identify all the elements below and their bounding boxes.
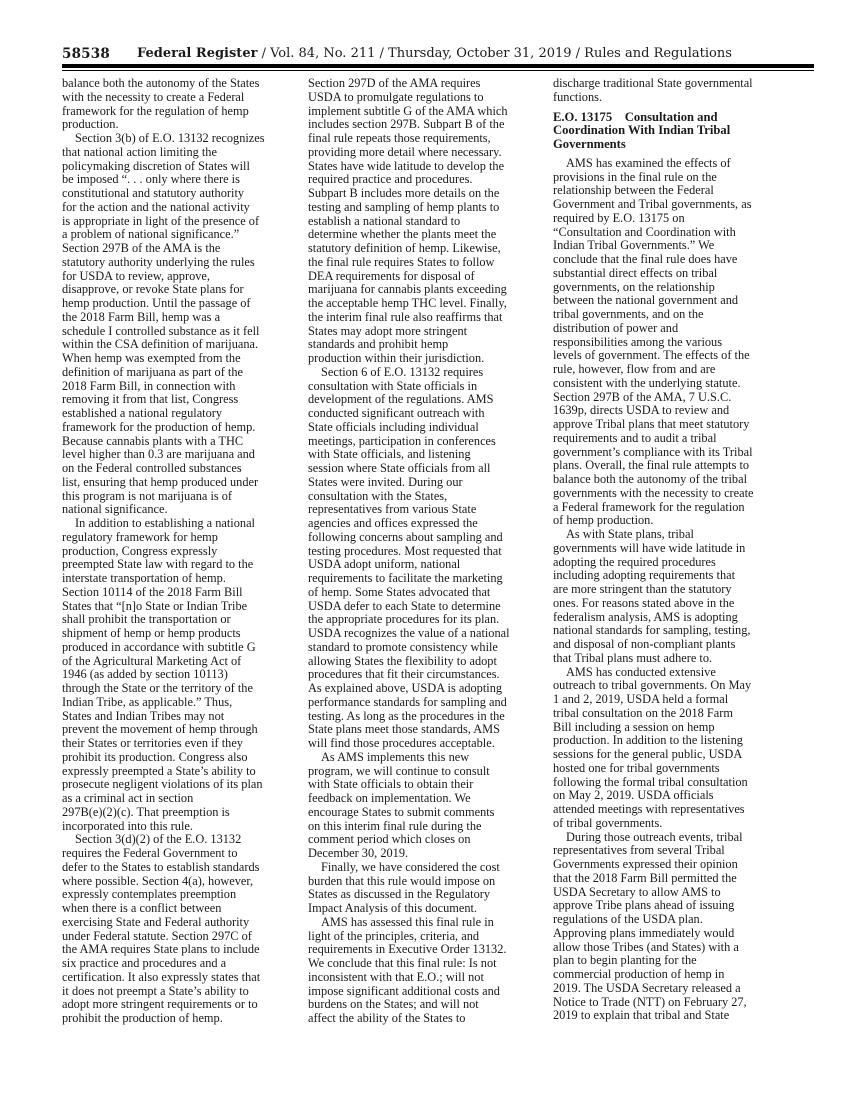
text-line: approve Tribe plans ahead of issuing bbox=[553, 899, 801, 913]
text-line: following the formal tribal consultation bbox=[553, 776, 801, 790]
text-line: establish a national standard to bbox=[308, 215, 546, 229]
text-line: sessions for the general public, USDA bbox=[553, 748, 801, 762]
text-line: session where State officials from all bbox=[308, 462, 546, 476]
heading-line: E.O. 13175 Consultation and bbox=[553, 111, 801, 125]
text-line: attended meetings with representatives bbox=[553, 803, 801, 817]
text-line: production. bbox=[62, 118, 300, 132]
text-line: ones. For reasons stated above in the bbox=[553, 597, 801, 611]
text-line: affect the ability of the States to bbox=[308, 1012, 546, 1026]
paragraph-start-line: As AMS implements this new bbox=[308, 751, 546, 765]
text-line: production, Congress expressly bbox=[62, 545, 300, 559]
text-line: of tribal governments. bbox=[553, 817, 801, 831]
text-line: approve Tribal plans that meet statutory bbox=[553, 418, 801, 432]
text-column-1: balance both the autonomy of the Statesw… bbox=[62, 77, 300, 1026]
text-line: requirements in Executive Order 13132. bbox=[308, 943, 546, 957]
text-line: the appropriate procedures for its plan. bbox=[308, 613, 546, 627]
text-line: conclude that the final rule does have bbox=[553, 253, 801, 267]
text-line: Impact Analysis of this document. bbox=[308, 902, 546, 916]
text-line: 297B(e)(2)(c). That preemption is bbox=[62, 806, 300, 820]
text-column-2: Section 297D of the AMA requiresUSDA to … bbox=[308, 77, 546, 1026]
text-line: that Tribal plans must adhere to. bbox=[553, 652, 801, 666]
text-line: definition of marijuana as part of the bbox=[62, 366, 300, 380]
text-line: requires the Federal Government to bbox=[62, 847, 300, 861]
text-line: through the State or the territory of th… bbox=[62, 682, 300, 696]
text-line: meetings, participation in conferences bbox=[308, 435, 546, 449]
text-line: hemp production. Until the passage of bbox=[62, 297, 300, 311]
text-line: will find those procedures acceptable. bbox=[308, 737, 546, 751]
page-number: 58538 bbox=[62, 46, 110, 62]
text-line: be imposed “. . . only where there is bbox=[62, 173, 300, 187]
text-line: feedback on implementation. We bbox=[308, 792, 546, 806]
text-line: States as discussed in the Regulatory bbox=[308, 888, 546, 902]
text-line: providing more detail where necessary. bbox=[308, 146, 546, 160]
text-line: removing it from that list, Congress bbox=[62, 393, 300, 407]
issue-info: / Vol. 84, No. 211 / Thursday, October 3… bbox=[257, 46, 731, 61]
text-line: allow those Tribes (and States) with a bbox=[553, 941, 801, 955]
text-line: USDA recognizes the value of a national bbox=[308, 627, 546, 641]
text-line: agencies and offices expressed the bbox=[308, 517, 546, 531]
text-line: Indian Tribal Governments.” We bbox=[553, 239, 801, 253]
text-line: marijuana for cannabis plants exceeding bbox=[308, 283, 546, 297]
text-line: established a national regulatory bbox=[62, 407, 300, 421]
text-line: balance both the autonomy of the States bbox=[62, 77, 300, 91]
text-line: of the Agricultural Marketing Act of bbox=[62, 655, 300, 669]
text-line: governments will have wide latitude in bbox=[553, 542, 801, 556]
text-line: substantial direct effects on tribal bbox=[553, 267, 801, 281]
header-rule-thin bbox=[62, 70, 814, 71]
text-line: shipment of hemp or hemp products bbox=[62, 627, 300, 641]
text-line: adopt more stringent requirements or to bbox=[62, 998, 300, 1012]
text-line: statutory authority underlying the rules bbox=[62, 256, 300, 270]
text-line: As explained above, USDA is adopting bbox=[308, 682, 546, 696]
heading-line: Governments bbox=[553, 138, 801, 152]
text-line: USDA to promulgate regulations to bbox=[308, 91, 546, 105]
text-line: produced in accordance with subtitle G bbox=[62, 641, 300, 655]
text-line: Government and Tribal governments, as bbox=[553, 198, 801, 212]
paragraph-start-line: As with State plans, tribal bbox=[553, 528, 801, 542]
text-line: impose significant additional costs and bbox=[308, 985, 546, 999]
text-line: requirements to facilitate the marketing bbox=[308, 572, 546, 586]
text-line: policymaking discretion of States will bbox=[62, 160, 300, 174]
text-line: prosecute negligent violations of its pl… bbox=[62, 778, 300, 792]
text-line: Section 297D of the AMA requires bbox=[308, 77, 546, 91]
text-line: that national action limiting the bbox=[62, 146, 300, 160]
text-line: consistent with the underlying statute. bbox=[553, 377, 801, 391]
text-line: production within their jurisdiction. bbox=[308, 352, 546, 366]
text-line: national significance. bbox=[62, 503, 300, 517]
text-line: regulatory framework for hemp bbox=[62, 531, 300, 545]
text-line: a Federal framework for the regulation bbox=[553, 501, 801, 515]
paragraph-start-line: Finally, we have considered the cost bbox=[308, 861, 546, 875]
text-line: provisions in the final rule on the bbox=[553, 171, 801, 185]
text-line: expressly contemplates preemption bbox=[62, 888, 300, 902]
text-line: it does not preempt a State’s ability to bbox=[62, 985, 300, 999]
text-line: tribal consultation on the 2018 Farm bbox=[553, 707, 801, 721]
text-line: certification. It also expressly states … bbox=[62, 971, 300, 985]
text-line: States and Indian Tribes may not bbox=[62, 710, 300, 724]
text-line: Notice to Trade (NTT) on February 27, bbox=[553, 996, 801, 1010]
text-line: under Federal statute. Section 297C of bbox=[62, 930, 300, 944]
text-line: required practice and procedures. bbox=[308, 173, 546, 187]
text-line: State officials including individual bbox=[308, 421, 546, 435]
text-column-3: discharge traditional State governmental… bbox=[553, 77, 801, 1023]
text-line: allowing States the flexibility to adopt bbox=[308, 655, 546, 669]
text-line: within the CSA definition of marijuana. bbox=[62, 338, 300, 352]
text-line: States that “[n]o State or Indian Tribe bbox=[62, 600, 300, 614]
text-line: outreach to tribal governments. On May bbox=[553, 679, 801, 693]
text-line: functions. bbox=[553, 91, 801, 105]
text-line: encourage States to submit comments bbox=[308, 806, 546, 820]
text-line: six practice and procedures and a bbox=[62, 957, 300, 971]
text-line: rule, however, flow from and are bbox=[553, 363, 801, 377]
text-line: standards and prohibit hemp bbox=[308, 338, 546, 352]
publication-title: Federal Register bbox=[137, 46, 257, 61]
text-line: the acceptable hemp THC level. Finally, bbox=[308, 297, 546, 311]
text-line: distribution of power and bbox=[553, 322, 801, 336]
text-line: of hemp. Some States advocated that bbox=[308, 586, 546, 600]
text-line: Section 297B of the AMA, 7 U.S.C. bbox=[553, 391, 801, 405]
text-line: testing procedures. Most requested that bbox=[308, 545, 546, 559]
text-line: 1946 (as added by section 10113) bbox=[62, 668, 300, 682]
text-line: 2019 to explain that tribal and State bbox=[553, 1009, 801, 1023]
text-line: discharge traditional State governmental bbox=[553, 77, 801, 91]
text-line: with State officials to obtain their bbox=[308, 778, 546, 792]
text-line: prohibit its production. Congress also bbox=[62, 751, 300, 765]
text-line: 1639p, directs USDA to review and bbox=[553, 404, 801, 418]
text-line: are more stringent than the statutory bbox=[553, 583, 801, 597]
text-line: adopting the required procedures bbox=[553, 556, 801, 570]
paragraph-start-line: Section 3(d)(2) of the E.O. 13132 bbox=[62, 833, 300, 847]
paragraph-start-line: Section 6 of E.O. 13132 requires bbox=[308, 366, 546, 380]
text-line: required by E.O. 13175 on bbox=[553, 212, 801, 226]
text-line: requirements and to audit a tribal bbox=[553, 432, 801, 446]
text-line: prevent the movement of hemp through bbox=[62, 723, 300, 737]
text-line: governments, on the relationship bbox=[553, 281, 801, 295]
text-line: of hemp production. bbox=[553, 514, 801, 528]
text-line: a problem of national significance.” bbox=[62, 228, 300, 242]
text-line: balance both the autonomy of the tribal bbox=[553, 473, 801, 487]
text-line: this program is not marijuana is of bbox=[62, 490, 300, 504]
text-line: testing. As long as the procedures in th… bbox=[308, 710, 546, 724]
text-line: government’s compliance with its Tribal bbox=[553, 446, 801, 460]
text-line: preempted State law with regard to the bbox=[62, 558, 300, 572]
text-line: consultation with State officials in bbox=[308, 380, 546, 394]
text-line: Bill including a session on hemp bbox=[553, 721, 801, 735]
text-line: DEA requirements for disposal of bbox=[308, 270, 546, 284]
text-line: statutory definition of hemp. Likewise, bbox=[308, 242, 546, 256]
text-line: production. In addition to the listening bbox=[553, 734, 801, 748]
text-line: Section 10114 of the 2018 Farm Bill bbox=[62, 586, 300, 600]
text-line: their States or territories even if they bbox=[62, 737, 300, 751]
text-line: plans. Overall, the final rule attempts … bbox=[553, 459, 801, 473]
text-line: representatives from several Tribal bbox=[553, 844, 801, 858]
text-line: between the national government and bbox=[553, 294, 801, 308]
section-heading-eo-13175: E.O. 13175 Consultation and Coordination… bbox=[553, 111, 801, 152]
text-line: on May 2, 2019. USDA officials bbox=[553, 789, 801, 803]
text-line: Governments expressed their opinion bbox=[553, 858, 801, 872]
text-line: on this interim final rule during the bbox=[308, 820, 546, 834]
paragraph-start-line: AMS has examined the effects of bbox=[553, 157, 801, 171]
text-line: development of the regulations. AMS bbox=[308, 393, 546, 407]
text-line: Section 297B of the AMA is the bbox=[62, 242, 300, 256]
column-3-lead-in: discharge traditional State governmental… bbox=[553, 77, 801, 105]
text-line: burdens on the States; and will not bbox=[308, 998, 546, 1012]
text-line: the final rule requires States to follow bbox=[308, 256, 546, 270]
text-line: Because cannabis plants with a THC bbox=[62, 435, 300, 449]
text-line: State plans meet those standards, AMS bbox=[308, 723, 546, 737]
text-line: States may adopt more stringent bbox=[308, 325, 546, 339]
text-line: list, ensuring that hemp produced under bbox=[62, 476, 300, 490]
text-line: 2019. The USDA Secretary released a bbox=[553, 982, 801, 996]
text-line: USDA adopt uniform, national bbox=[308, 558, 546, 572]
paragraph-start-line: Section 3(b) of E.O. 13132 recognizes bbox=[62, 132, 300, 146]
text-line: States have wide latitude to develop the bbox=[308, 160, 546, 174]
text-line: Subpart B includes more details on the bbox=[308, 187, 546, 201]
text-line: commercial production of hemp in bbox=[553, 968, 801, 982]
text-line: constitutional and statutory authority bbox=[62, 187, 300, 201]
text-line: incorporated into this rule. bbox=[62, 820, 300, 834]
text-line: burden that this rule would impose on bbox=[308, 875, 546, 889]
text-line: including adopting requirements that bbox=[553, 569, 801, 583]
heading-line: Coordination With Indian Tribal bbox=[553, 124, 801, 138]
text-line: determine whether the plants meet the bbox=[308, 228, 546, 242]
text-line: and disposal of non-compliant plants bbox=[553, 638, 801, 652]
text-line: the AMA requires State plans to include bbox=[62, 943, 300, 957]
paragraph-start-line: AMS has assessed this final rule in bbox=[308, 916, 546, 930]
text-line: inconsistent with that E.O.; will not bbox=[308, 971, 546, 985]
text-line: federalism analysis, AMS is adopting bbox=[553, 611, 801, 625]
text-line: exercising State and Federal authority bbox=[62, 916, 300, 930]
text-line: shall prohibit the transportation or bbox=[62, 613, 300, 627]
page-header: 58538 Federal Register / Vol. 84, No. 21… bbox=[62, 46, 814, 64]
text-line: for the action and the national activity bbox=[62, 201, 300, 215]
text-line: for USDA to review, approve, bbox=[62, 270, 300, 284]
text-line: regulations of the USDA plan. bbox=[553, 913, 801, 927]
text-line: 1 and 2, 2019, USDA held a formal bbox=[553, 693, 801, 707]
text-line: Indian Tribe, as applicable.” Thus, bbox=[62, 696, 300, 710]
text-line: hosted one for tribal governments bbox=[553, 762, 801, 776]
paragraph-start-line: During those outreach events, tribal bbox=[553, 831, 801, 845]
text-line: conducted significant outreach with bbox=[308, 407, 546, 421]
text-line: prohibit the production of hemp. bbox=[62, 1012, 300, 1026]
text-line: 2018 Farm Bill, in connection with bbox=[62, 380, 300, 394]
text-line: following concerns about sampling and bbox=[308, 531, 546, 545]
text-line: USDA Secretary to allow AMS to bbox=[553, 886, 801, 900]
text-line: framework for the regulation of hemp bbox=[62, 105, 300, 119]
text-line: comment period which closes on bbox=[308, 833, 546, 847]
text-line: consultation with the States, bbox=[308, 490, 546, 504]
text-line: We conclude that this final rule: Is not bbox=[308, 957, 546, 971]
text-line: procedures that fit their circumstances. bbox=[308, 668, 546, 682]
text-line: performance standards for sampling and bbox=[308, 696, 546, 710]
text-line: framework for the production of hemp. bbox=[62, 421, 300, 435]
text-line: the interim final rule also reaffirms th… bbox=[308, 311, 546, 325]
text-line: on the Federal controlled substances bbox=[62, 462, 300, 476]
text-line: responsibilities among the various bbox=[553, 336, 801, 350]
running-head: Federal Register / Vol. 84, No. 211 / Th… bbox=[137, 46, 732, 61]
text-line: “Consultation and Coordination with bbox=[553, 226, 801, 240]
text-line: when there is a conflict between bbox=[62, 902, 300, 916]
text-line: December 30, 2019. bbox=[308, 847, 546, 861]
text-line: with State officials, and listening bbox=[308, 448, 546, 462]
text-line: light of the principles, criteria, and bbox=[308, 930, 546, 944]
text-line: the 2018 Farm Bill, hemp was a bbox=[62, 311, 300, 325]
text-line: schedule I controlled substance as it fe… bbox=[62, 325, 300, 339]
text-line: is appropriate in light of the presence … bbox=[62, 215, 300, 229]
text-line: with the necessity to create a Federal bbox=[62, 91, 300, 105]
text-line: that the 2018 Farm Bill permitted the bbox=[553, 872, 801, 886]
text-line: disapprove, or revoke State plans for bbox=[62, 283, 300, 297]
text-line: relationship between the Federal bbox=[553, 184, 801, 198]
text-line: interstate transportation of hemp. bbox=[62, 572, 300, 586]
text-line: When hemp was exempted from the bbox=[62, 352, 300, 366]
text-line: implement subtitle G of the AMA which bbox=[308, 105, 546, 119]
text-line: States were invited. During our bbox=[308, 476, 546, 490]
text-line: program, we will continue to consult bbox=[308, 765, 546, 779]
paragraph-start-line: AMS has conducted extensive bbox=[553, 666, 801, 680]
text-line: standard to promote consistency while bbox=[308, 641, 546, 655]
text-line: governments with the necessity to create bbox=[553, 487, 801, 501]
text-line: level higher than 0.3 are marijuana and bbox=[62, 448, 300, 462]
text-line: final rule repeats those requirements, bbox=[308, 132, 546, 146]
text-line: levels of government. The effects of the bbox=[553, 349, 801, 363]
text-line: plan to begin planting for the bbox=[553, 954, 801, 968]
text-line: USDA defer to each State to determine bbox=[308, 600, 546, 614]
header-rule-thick bbox=[62, 64, 814, 68]
text-line: Approving plans immediately would bbox=[553, 927, 801, 941]
text-line: includes section 297B. Subpart B of the bbox=[308, 118, 546, 132]
text-line: national standards for sampling, testing… bbox=[553, 624, 801, 638]
paragraph-start-line: In addition to establishing a national bbox=[62, 517, 300, 531]
text-line: as a criminal act in section bbox=[62, 792, 300, 806]
text-line: defer to the States to establish standar… bbox=[62, 861, 300, 875]
text-line: tribal governments, and on the bbox=[553, 308, 801, 322]
text-line: where possible. Section 4(a), however, bbox=[62, 875, 300, 889]
text-line: testing and sampling of hemp plants to bbox=[308, 201, 546, 215]
text-line: expressly preempted a State’s ability to bbox=[62, 765, 300, 779]
text-line: representatives from various State bbox=[308, 503, 546, 517]
column-3-body: AMS has examined the effects ofprovision… bbox=[553, 157, 801, 1023]
